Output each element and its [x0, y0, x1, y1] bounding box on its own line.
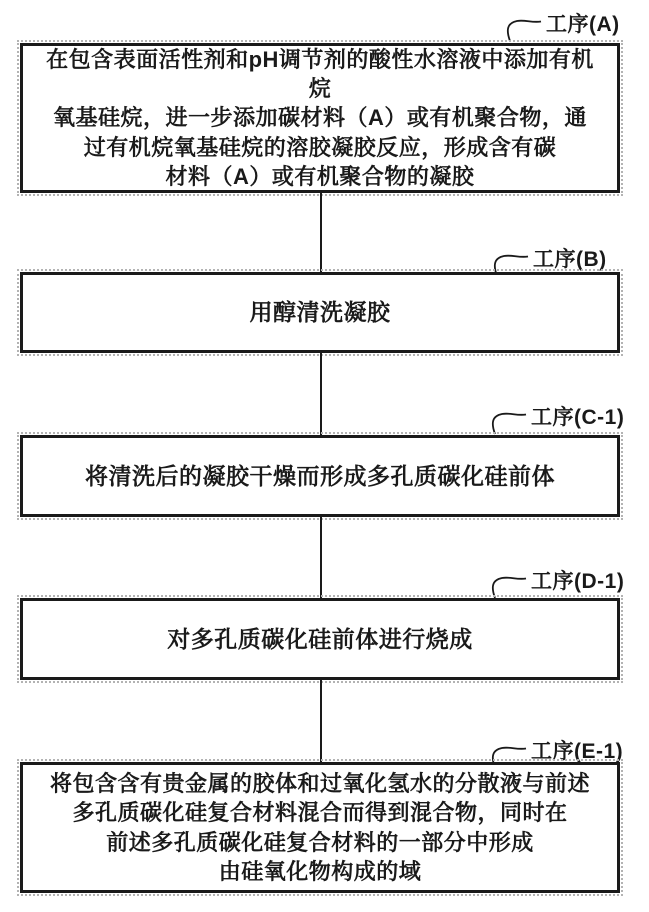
step-label-text-d1: 工序(D-1): [531, 565, 624, 595]
step-box-b-text: 用醇清洗凝胶: [236, 297, 405, 328]
step-label-text-a: 工序(A): [546, 8, 620, 38]
leader-line-icon: [488, 407, 528, 435]
step-box-d1-text: 对多孔质碳化硅前体进行烧成: [153, 624, 487, 655]
connector-c-to-d: [320, 517, 322, 599]
box-text-line: 过有机烷氧基硅烷的溶胶凝胶反应，形成含有碳: [37, 133, 603, 162]
connector-a-to-b: [320, 193, 322, 273]
step-label-d1: 工序(D-1): [488, 565, 624, 599]
step-box-e1-text: 将包含含有贵金属的胶体和过氧化氢水的分散液与前述 多孔质碳化硅复合材料混合而得到…: [36, 769, 604, 886]
step-label-c1: 工序(C-1): [488, 401, 624, 435]
box-text-line: 用醇清洗凝胶: [250, 297, 391, 328]
step-box-e1: 将包含含有贵金属的胶体和过氧化氢水的分散液与前述 多孔质碳化硅复合材料混合而得到…: [20, 762, 620, 893]
step-label-text-e1: 工序(E-1): [531, 735, 623, 765]
step-box-a-text: 在包含表面活性剂和pH调节剂的酸性水溶液中添加有机烷 氧基硅烷，进一步添加碳材料…: [23, 45, 617, 191]
step-box-c1: 将清洗后的凝胶干燥而形成多孔质碳化硅前体: [20, 435, 620, 517]
box-text-line: 材料（A）或有机聚合物的凝胶: [37, 162, 603, 191]
step-box-d1: 对多孔质碳化硅前体进行烧成: [20, 598, 620, 680]
leader-line-icon: [503, 14, 543, 42]
connector-b-to-c: [320, 353, 322, 436]
step-box-c1-text: 将清洗后的凝胶干燥而形成多孔质碳化硅前体: [71, 461, 569, 492]
box-text-line: 前述多孔质碳化硅复合材料的一部分中形成: [50, 828, 590, 857]
box-text-line: 在包含表面活性剂和pH调节剂的酸性水溶液中添加有机烷: [37, 45, 603, 104]
box-text-line: 对多孔质碳化硅前体进行烧成: [167, 624, 473, 655]
connector-d-to-e: [320, 680, 322, 763]
box-text-line: 将清洗后的凝胶干燥而形成多孔质碳化硅前体: [85, 461, 555, 492]
step-label-text-b: 工序(B): [533, 243, 607, 273]
box-text-line: 多孔质碳化硅复合材料混合而得到混合物，同时在: [50, 798, 590, 827]
step-box-a: 在包含表面活性剂和pH调节剂的酸性水溶液中添加有机烷 氧基硅烷，进一步添加碳材料…: [20, 43, 620, 193]
box-text-line: 由硅氧化物构成的域: [50, 857, 590, 886]
box-text-line: 氧基硅烷，进一步添加碳材料（A）或有机聚合物，通: [37, 103, 603, 132]
step-label-a: 工序(A): [503, 8, 620, 42]
leader-line-icon: [488, 571, 528, 599]
step-label-text-c1: 工序(C-1): [531, 401, 624, 431]
step-box-b: 用醇清洗凝胶: [20, 272, 620, 353]
box-text-line: 将包含含有贵金属的胶体和过氧化氢水的分散液与前述: [50, 769, 590, 798]
flowchart-canvas: 工序(A) 在包含表面活性剂和pH调节剂的酸性水溶液中添加有机烷 氧基硅烷，进一…: [0, 0, 649, 912]
